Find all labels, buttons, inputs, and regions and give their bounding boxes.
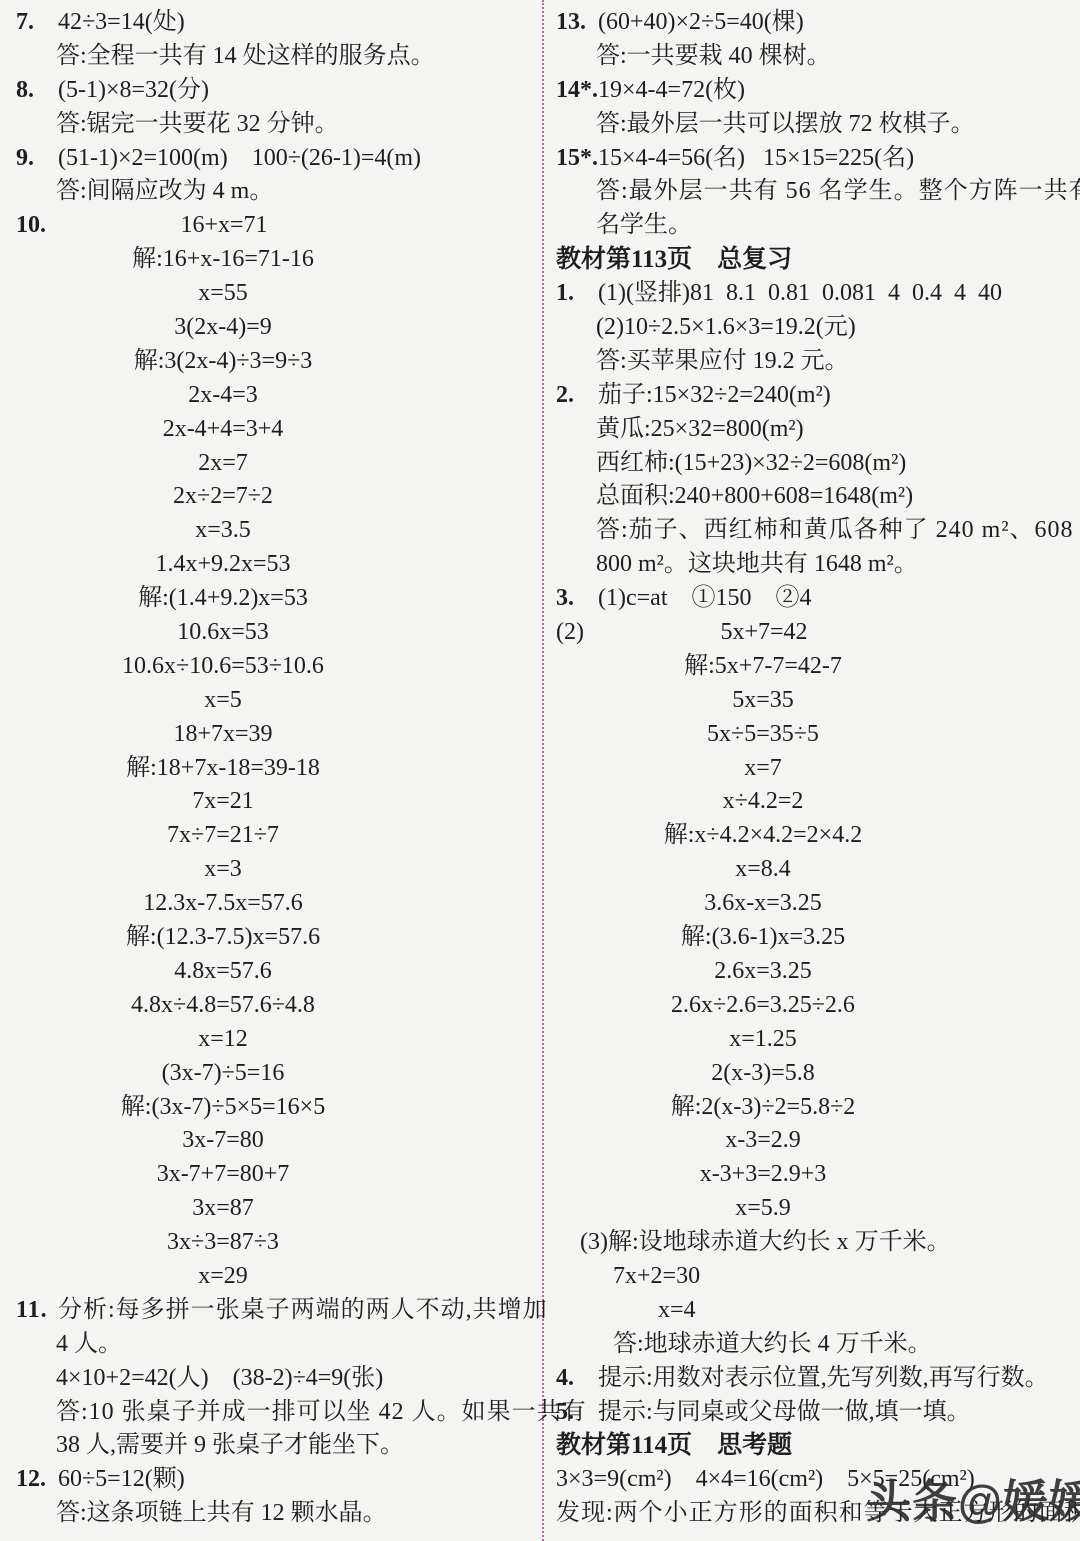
line-text: 教材第113页 总复习 (556, 243, 792, 277)
line-text: 3x-7+7=80+7 (157, 1158, 290, 1192)
equation-line: 答:地球赤道大约长 4 万千米。 (556, 1328, 1070, 1362)
equation-line: x=5.9 (556, 1192, 970, 1226)
line-text: x=3.5 (195, 514, 251, 548)
line-text: 10.6x÷10.6=53÷10.6 (122, 650, 324, 684)
line-text: 解:(12.3-7.5)x=57.6 (126, 921, 320, 955)
equation-line: (3x-7)÷5=16 (16, 1057, 430, 1091)
line-text: 16+x=71 (58, 209, 390, 243)
line-text: 名学生。 (556, 209, 692, 243)
line-text: 答:最外层一共有 56 名学生。整个方阵一共有 225 (556, 175, 1080, 209)
answer-line: 黄瓜:25×32=800(m²) (556, 413, 1070, 447)
line-text: 4×10+2=42(人) (38-2)÷4=9(张) (16, 1362, 383, 1396)
equation-line: x=3.5 (16, 514, 430, 548)
line-text: 解:16+x-16=71-16 (132, 243, 314, 277)
equation-line: 4.8x÷4.8=57.6÷4.8 (16, 989, 430, 1023)
line-text: 总面积:240+800+608=1648(m²) (556, 480, 913, 514)
equation-line: x-3+3=2.9+3 (556, 1158, 970, 1192)
equation-line: x=12 (16, 1023, 430, 1057)
question-line: 15*.15×4-4=56(名) 15×15=225(名) (556, 142, 1070, 176)
answer-line: 西红柿:(15+23)×32÷2=608(m²) (556, 447, 1070, 481)
line-text: (2)10÷2.5×1.6×3=19.2(元) (556, 311, 856, 345)
question-line: 13.(60+40)×2÷5=40(棵) (556, 6, 1070, 40)
watermark: 头条@媛媛妈 (866, 1476, 1080, 1528)
item-number: 12. (16, 1463, 58, 1497)
item-number: 3. (556, 582, 598, 616)
item-number: 1. (556, 277, 598, 311)
line-text: 解:(3x-7)÷5×5=16×5 (121, 1091, 325, 1125)
line-text: 答:全程一共有 14 处这样的服务点。 (16, 40, 435, 74)
line-text: 西红柿:(15+23)×32÷2=608(m²) (556, 447, 906, 481)
line-text: (3)解:设地球赤道大约长 x 万千米。 (556, 1226, 951, 1260)
line-text: 解:2(x-3)÷2=5.8÷2 (671, 1091, 856, 1125)
section-heading: 教材第113页 总复习 (556, 243, 1070, 277)
question-line: 11.分析:每多拼一张桌子两端的两人不动,共增加 (16, 1294, 530, 1328)
answer-line: 答:10 张桌子并成一排可以坐 42 人。如果一共有 (16, 1396, 530, 1430)
equation-line: 解:18+7x-18=39-18 (16, 752, 430, 786)
line-text: 5x÷5=35÷5 (707, 718, 819, 752)
answer-line: 答:这条项链上共有 12 颗水晶。 (16, 1497, 530, 1531)
equation-line: 3x-7+7=80+7 (16, 1158, 430, 1192)
equation-line: x=55 (16, 277, 430, 311)
line-text: x=5 (204, 684, 242, 718)
sub-question-line: (2)5x+7=42 (556, 616, 1070, 650)
equation-line: 5x÷5=35÷5 (556, 718, 970, 752)
line-text: 4.8x÷4.8=57.6÷4.8 (131, 989, 315, 1023)
equation-line: 10.6x=53 (16, 616, 430, 650)
answer-line: 4×10+2=42(人) (38-2)÷4=9(张) (16, 1362, 530, 1396)
equation-line: 7x=21 (16, 785, 430, 819)
equation-line: 2.6x=3.25 (556, 955, 970, 989)
line-text: 7x=21 (192, 785, 254, 819)
line-text: 答:地球赤道大约长 4 万千米。 (556, 1328, 932, 1362)
equation-line: x=4 (556, 1294, 1070, 1328)
line-text: x-3=2.9 (725, 1124, 801, 1158)
question-line: 4.提示:用数对表示位置,先写列数,再写行数。 (556, 1362, 1070, 1396)
line-text: 答:买苹果应付 19.2 元。 (556, 345, 849, 379)
equation-line: 解:(1.4+9.2)x=53 (16, 582, 430, 616)
line-text: 茄子:15×32÷2=240(m²) (598, 379, 1070, 413)
equation-line: 4.8x=57.6 (16, 955, 430, 989)
line-text: 1.4x+9.2x=53 (155, 548, 290, 582)
line-text: x=7 (744, 752, 782, 786)
right-column: 13.(60+40)×2÷5=40(棵)答:一共要栽 40 棵树。14*.19×… (556, 6, 1070, 1531)
line-text: x=55 (198, 277, 248, 311)
item-number: 15*. (556, 142, 598, 176)
equation-line: x=8.4 (556, 853, 970, 887)
item-number: 14*. (556, 74, 598, 108)
line-text: 5x+7=42 (598, 616, 930, 650)
line-text: 2x-4+4=3+4 (163, 413, 284, 447)
line-text: 解:5x+7-7=42-7 (684, 650, 842, 684)
line-text: 38 人,需要并 9 张桌子才能坐下。 (16, 1429, 404, 1463)
equation-line: 解:(3.6-1)x=3.25 (556, 921, 970, 955)
equation-line: 解:3(2x-4)÷3=9÷3 (16, 345, 430, 379)
line-text: x=12 (198, 1023, 248, 1057)
line-text: 答:间隔应改为 4 m。 (16, 175, 273, 209)
line-text: 黄瓜:25×32=800(m²) (556, 413, 804, 447)
section-heading: 教材第114页 思考题 (556, 1429, 1070, 1463)
line-text: 800 m²。这块地共有 1648 m²。 (556, 548, 918, 582)
answer-line: 答:一共要栽 40 棵树。 (556, 40, 1070, 74)
equation-line: 10.6x÷10.6=53÷10.6 (16, 650, 430, 684)
answer-line: 答:茄子、西红柿和黄瓜各种了 240 m²、608 m² 和 (556, 514, 1070, 548)
line-text: 3x=87 (192, 1192, 254, 1226)
line-text: 答:10 张桌子并成一排可以坐 42 人。如果一共有 (16, 1396, 587, 1430)
equation-line: 3.6x-x=3.25 (556, 887, 970, 921)
line-text: 42÷3=14(处) (58, 6, 530, 40)
equation-line: 12.3x-7.5x=57.6 (16, 887, 430, 921)
line-text: 解:(3.6-1)x=3.25 (681, 921, 845, 955)
item-number: 4. (556, 1362, 598, 1396)
answer-line: 答:间隔应改为 4 m。 (16, 175, 530, 209)
equation-line: 2x-4=3 (16, 379, 430, 413)
question-line: 9.(51-1)×2=100(m) 100÷(26-1)=4(m) (16, 142, 530, 176)
answer-line: 答:锯完一共要花 32 分钟。 (16, 108, 530, 142)
equation-line: 2x=7 (16, 447, 430, 481)
item-number: (2) (556, 616, 598, 650)
line-text: 19×4-4=72(枚) (598, 74, 1070, 108)
line-text: (3x-7)÷5=16 (162, 1057, 285, 1091)
equation-line: 解:(3x-7)÷5×5=16×5 (16, 1091, 430, 1125)
equation-line: 2x-4+4=3+4 (16, 413, 430, 447)
line-text: (1)(竖排)81 8.1 0.81 0.081 4 0.4 4 40 (598, 277, 1070, 311)
line-text: 答:这条项链上共有 12 颗水晶。 (16, 1497, 387, 1531)
line-text: 提示:用数对表示位置,先写列数,再写行数。 (598, 1362, 1070, 1396)
equation-line: 7x÷7=21÷7 (16, 819, 430, 853)
equation-line: 18+7x=39 (16, 718, 430, 752)
question-line: 14*.19×4-4=72(枚) (556, 74, 1070, 108)
equation-line: 2x÷2=7÷2 (16, 480, 430, 514)
line-text: 15×4-4=56(名) 15×15=225(名) (598, 142, 1070, 176)
equation-line: 解:2(x-3)÷2=5.8÷2 (556, 1091, 970, 1125)
equation-line: x÷4.2=2 (556, 785, 970, 819)
line-text: 3(2x-4)=9 (174, 311, 272, 345)
line-text: (51-1)×2=100(m) 100÷(26-1)=4(m) (58, 142, 530, 176)
line-text: 2x-4=3 (188, 379, 258, 413)
line-text: 3.6x-x=3.25 (704, 887, 822, 921)
equation-line: x=7 (556, 752, 970, 786)
equation-line: 3(2x-4)=9 (16, 311, 430, 345)
question-line: 2.茄子:15×32÷2=240(m²) (556, 379, 1070, 413)
equation-line: x=1.25 (556, 1023, 970, 1057)
equation-line: 解:5x+7-7=42-7 (556, 650, 970, 684)
question-line: 8.(5-1)×8=32(分) (16, 74, 530, 108)
line-text: x=29 (198, 1260, 248, 1294)
line-text: 分析:每多拼一张桌子两端的两人不动,共增加 (58, 1294, 548, 1328)
line-text: 答:最外层一共可以摆放 72 枚棋子。 (556, 108, 975, 142)
line-text: 3x÷3=87÷3 (167, 1226, 279, 1260)
line-text: 2x÷2=7÷2 (173, 480, 273, 514)
equation-line: 3x-7=80 (16, 1124, 430, 1158)
line-text: (60+40)×2÷5=40(棵) (598, 6, 1070, 40)
equation-line: 1.4x+9.2x=53 (16, 548, 430, 582)
question-line: 10.16+x=71 (16, 209, 530, 243)
equation-line: x=5 (16, 684, 430, 718)
answer-line: 答:最外层一共有 56 名学生。整个方阵一共有 225 (556, 175, 1070, 209)
question-line: 3.(1)c=at ①150 ②4 (556, 582, 1070, 616)
answer-line: 总面积:240+800+608=1648(m²) (556, 480, 1070, 514)
line-text: 答:一共要栽 40 棵树。 (556, 40, 831, 74)
answer-line: 4 人。 (16, 1328, 530, 1362)
sub-question-line: (3)解:设地球赤道大约长 x 万千米。 (556, 1226, 1070, 1260)
answer-sheet-page: 7.42÷3=14(处)答:全程一共有 14 处这样的服务点。8.(5-1)×8… (0, 0, 1080, 1541)
equation-line: x-3=2.9 (556, 1124, 970, 1158)
line-text: 4.8x=57.6 (174, 955, 272, 989)
answer-line: 答:买苹果应付 19.2 元。 (556, 345, 1070, 379)
item-number: 10. (16, 209, 58, 243)
item-number: 8. (16, 74, 58, 108)
item-number: 9. (16, 142, 58, 176)
line-text: 3x-7=80 (182, 1124, 264, 1158)
equation-line: x=29 (16, 1260, 430, 1294)
item-number: 7. (16, 6, 58, 40)
line-text: 提示:与同桌或父母做一做,填一填。 (598, 1396, 1070, 1430)
answer-line: (2)10÷2.5×1.6×3=19.2(元) (556, 311, 1070, 345)
line-text: 解:x÷4.2×4.2=2×4.2 (664, 819, 862, 853)
line-text: (5-1)×8=32(分) (58, 74, 530, 108)
equation-line: 5x=35 (556, 684, 970, 718)
item-number: 11. (16, 1294, 58, 1328)
line-text: 7x+2=30 (556, 1260, 700, 1294)
line-text: 10.6x=53 (177, 616, 269, 650)
equation-line: 解:(12.3-7.5)x=57.6 (16, 921, 430, 955)
line-text: x=4 (556, 1294, 696, 1328)
line-text: 解:18+7x-18=39-18 (126, 752, 320, 786)
equation-line: x=3 (16, 853, 430, 887)
line-text: 答:锯完一共要花 32 分钟。 (16, 108, 339, 142)
question-line: 7.42÷3=14(处) (16, 6, 530, 40)
equation-line: 3x÷3=87÷3 (16, 1226, 430, 1260)
line-text: 2.6x÷2.6=3.25÷2.6 (671, 989, 855, 1023)
line-text: 教材第114页 思考题 (556, 1429, 792, 1463)
left-column: 7.42÷3=14(处)答:全程一共有 14 处这样的服务点。8.(5-1)×8… (16, 6, 530, 1531)
answer-line: 答:最外层一共可以摆放 72 枚棋子。 (556, 108, 1070, 142)
line-text: x=8.4 (735, 853, 791, 887)
line-text: 2x=7 (198, 447, 248, 481)
line-text: 4 人。 (16, 1328, 122, 1362)
line-text: 2.6x=3.25 (714, 955, 812, 989)
line-text: x÷4.2=2 (723, 785, 804, 819)
line-text: 解:3(2x-4)÷3=9÷3 (134, 345, 313, 379)
answer-line: 名学生。 (556, 209, 1070, 243)
equation-line: 2.6x÷2.6=3.25÷2.6 (556, 989, 970, 1023)
item-number: 5. (556, 1396, 598, 1430)
equation-line: 解:x÷4.2×4.2=2×4.2 (556, 819, 970, 853)
line-text: 18+7x=39 (173, 718, 272, 752)
item-number: 13. (556, 6, 598, 40)
equation-line: 解:16+x-16=71-16 (16, 243, 430, 277)
answer-line: 800 m²。这块地共有 1648 m²。 (556, 548, 1070, 582)
line-text: 2(x-3)=5.8 (711, 1057, 815, 1091)
line-text: x=3 (204, 853, 242, 887)
question-line: 12.60÷5=12(颗) (16, 1463, 530, 1497)
line-text: 12.3x-7.5x=57.6 (143, 887, 303, 921)
equation-line: 7x+2=30 (556, 1260, 1070, 1294)
line-text: x=5.9 (735, 1192, 791, 1226)
line-text: 5x=35 (732, 684, 794, 718)
answer-line: 38 人,需要并 9 张桌子才能坐下。 (16, 1429, 530, 1463)
line-text: x=1.25 (729, 1023, 797, 1057)
question-line: 5.提示:与同桌或父母做一做,填一填。 (556, 1396, 1070, 1430)
question-line: 1.(1)(竖排)81 8.1 0.81 0.081 4 0.4 4 40 (556, 277, 1070, 311)
item-number: 2. (556, 379, 598, 413)
line-text: 7x÷7=21÷7 (167, 819, 279, 853)
answer-line: 答:全程一共有 14 处这样的服务点。 (16, 40, 530, 74)
equation-line: 2(x-3)=5.8 (556, 1057, 970, 1091)
line-text: 60÷5=12(颗) (58, 1463, 530, 1497)
line-text: (1)c=at ①150 ②4 (598, 582, 1070, 616)
line-text: x-3+3=2.9+3 (700, 1158, 827, 1192)
line-text: 答:茄子、西红柿和黄瓜各种了 240 m²、608 m² 和 (556, 514, 1080, 548)
line-text: 解:(1.4+9.2)x=53 (138, 582, 308, 616)
equation-line: 3x=87 (16, 1192, 430, 1226)
